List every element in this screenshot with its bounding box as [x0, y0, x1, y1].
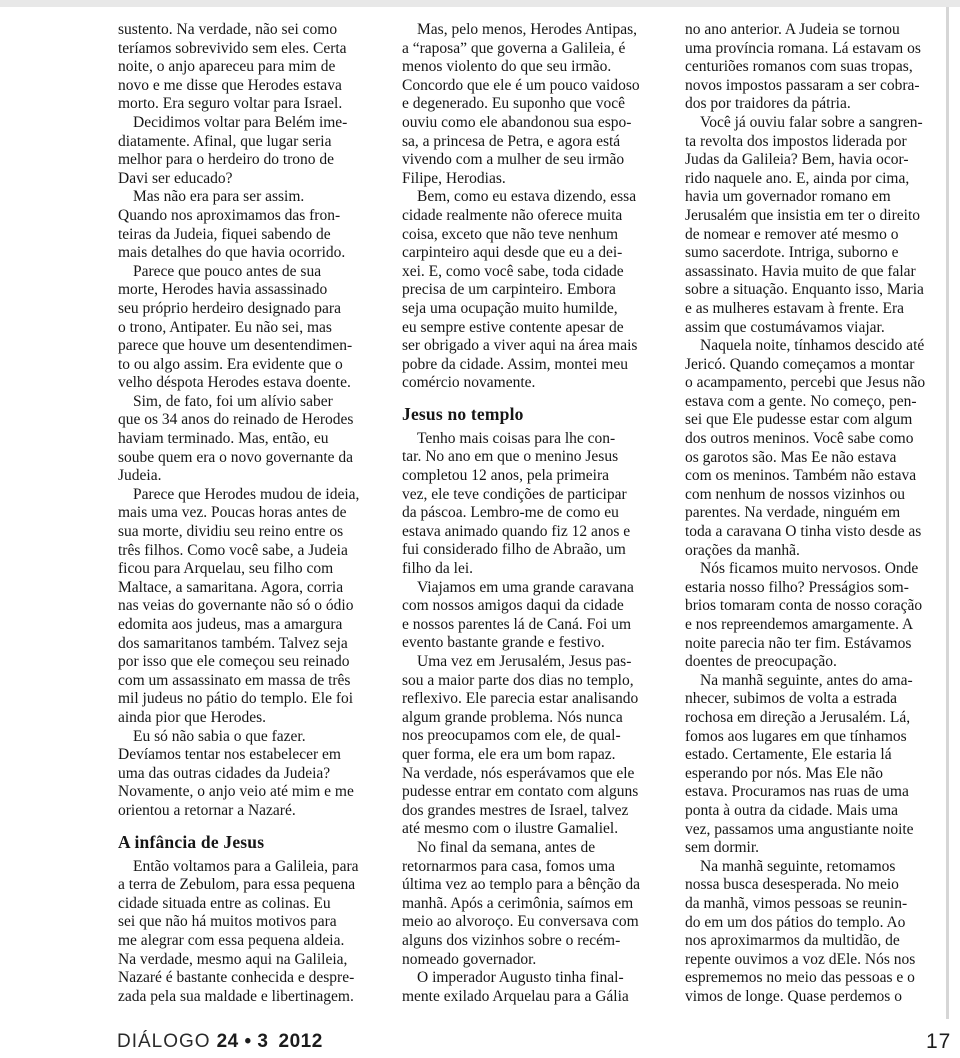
paragraph: Você já ouviu falar sobre a sangren- ta …: [685, 114, 947, 337]
section-heading: Jesus no templo: [402, 405, 680, 424]
paragraph: Mas, pelo menos, Herodes Antipas, a “rap…: [402, 21, 680, 188]
paragraph: sustento. Na verdade, não sei como tería…: [118, 21, 396, 114]
section-heading: A infância de Jesus: [118, 833, 396, 852]
paragraph: Parece que pouco antes de sua morte, Her…: [118, 263, 396, 393]
paragraph: Nós ficamos muito nervosos. Onde estaria…: [685, 560, 947, 672]
text-column-3: no ano anterior. A Judeia se tornou uma …: [685, 21, 947, 1006]
text-column-1: sustento. Na verdade, não sei como tería…: [118, 21, 396, 1006]
journal-title: DIÁLOGO: [117, 1031, 211, 1052]
magazine-page: sustento. Na verdade, não sei como tería…: [0, 0, 960, 1058]
page-top-edge-strip: [0, 0, 960, 7]
paragraph: O imperador Augusto tinha final- mente e…: [402, 969, 680, 1006]
paragraph: Viajamos em uma grande caravana com noss…: [402, 579, 680, 653]
paragraph: Mas não era para ser assim. Quando nos a…: [118, 188, 396, 262]
paragraph: Na manhã seguinte, retomamos nossa busca…: [685, 858, 947, 1007]
paragraph: Eu só não sabia o que fazer. Devíamos te…: [118, 728, 396, 821]
paragraph: no ano anterior. A Judeia se tornou uma …: [685, 21, 947, 114]
paragraph: Decidimos voltar para Belém ime- diatame…: [118, 114, 396, 188]
paragraph: Então voltamos para a Galileia, para a t…: [118, 858, 396, 1007]
paragraph: Parece que Herodes mudou de ideia, mais …: [118, 486, 396, 728]
paragraph: Uma vez em Jerusalém, Jesus pas- sou a m…: [402, 653, 680, 839]
footer-journal-line: DIÁLOGO24 • 32012: [117, 1031, 323, 1053]
paragraph: Na manhã seguinte, antes do ama- nhecer,…: [685, 672, 947, 858]
paragraph: Tenho mais coisas para lhe con- tar. No …: [402, 430, 680, 579]
paragraph: No final da semana, antes de retornarmos…: [402, 839, 680, 969]
paragraph: Sim, de fato, foi um alívio saber que os…: [118, 393, 396, 486]
journal-year: 2012: [279, 1031, 323, 1052]
text-column-2: Mas, pelo menos, Herodes Antipas, a “rap…: [402, 21, 680, 1006]
journal-issue: 24 • 3: [217, 1031, 269, 1052]
paragraph: Naquela noite, tínhamos descido até Jeri…: [685, 337, 947, 560]
page-number: 17: [926, 1030, 951, 1054]
paragraph: Bem, como eu estava dizendo, essa cidade…: [402, 188, 680, 393]
